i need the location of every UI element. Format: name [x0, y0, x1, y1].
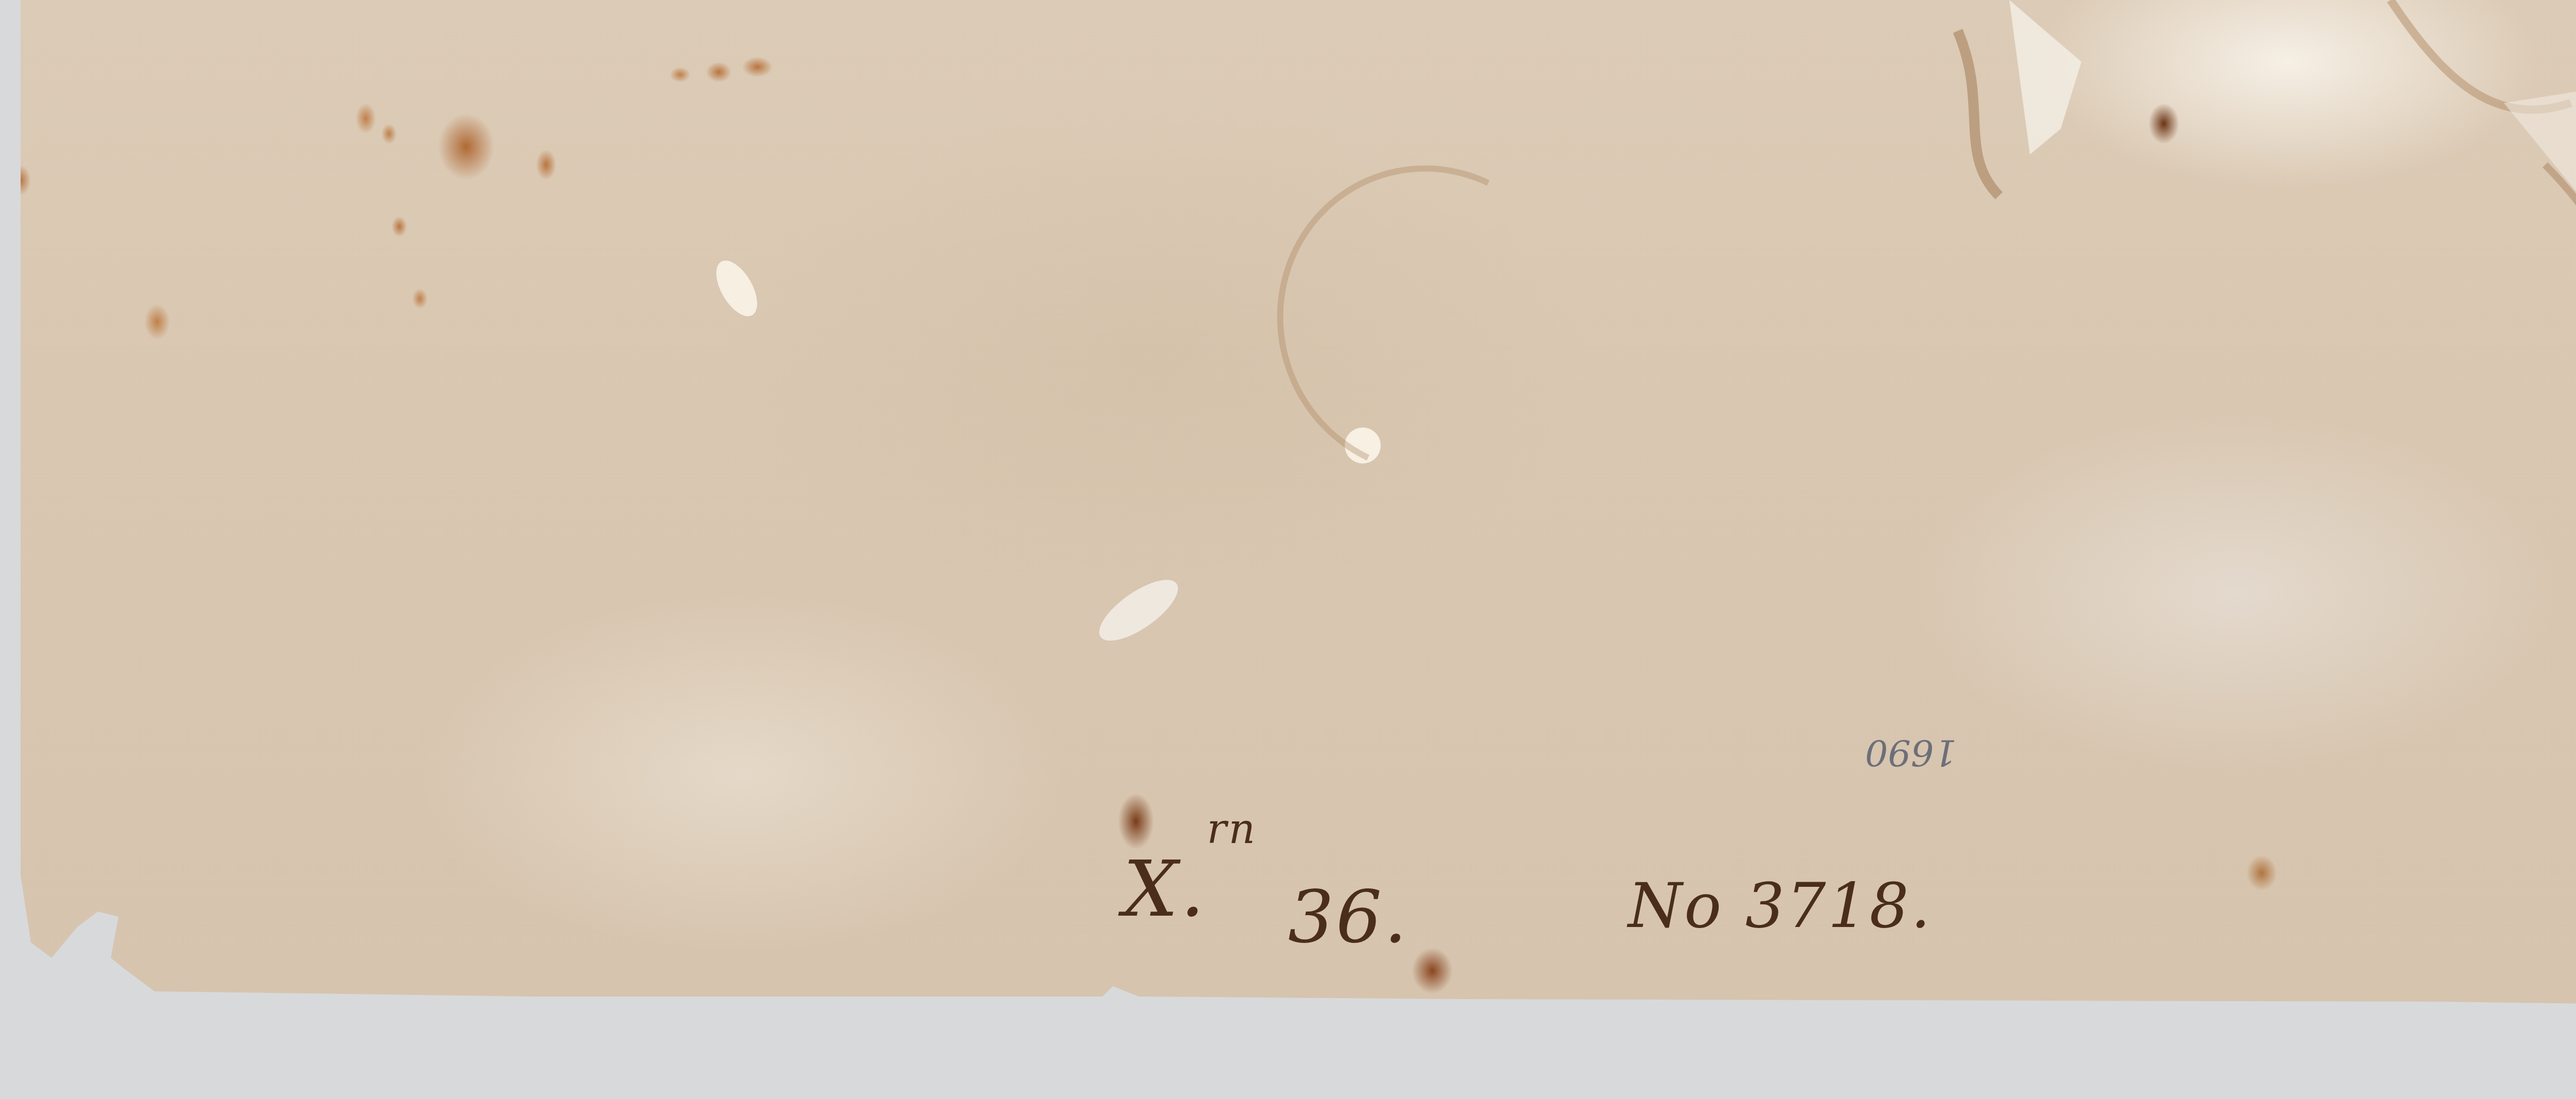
foxing-spot	[438, 113, 495, 180]
show-through-drawing	[1927, 0, 2576, 875]
light-patch	[708, 254, 766, 323]
ink-spot	[2246, 855, 2277, 891]
light-patch	[1090, 569, 1187, 652]
foxing-spot	[355, 103, 376, 134]
ink-spot	[1118, 793, 1154, 850]
ink-collection-mark: X.rn	[1123, 845, 1257, 934]
foxing-spot	[742, 57, 773, 77]
ink-number: 36.	[1288, 875, 1409, 959]
foxing-spot	[670, 67, 690, 82]
foxing-spot	[381, 124, 397, 144]
ink-inventory-number: No 3718.	[1628, 870, 1933, 942]
foxing-spot	[412, 288, 428, 309]
foxing-spot	[706, 62, 732, 82]
collection-mark-letter: X.	[1123, 845, 1207, 934]
pencil-number: 1690	[1865, 731, 1957, 774]
ink-spot	[1412, 948, 1453, 994]
foxing-spot	[392, 216, 407, 237]
foxing-spot	[536, 149, 556, 180]
foxing-spot	[144, 304, 170, 340]
tide-ring	[1233, 123, 1622, 518]
collection-mark-superscript: rn	[1207, 805, 1257, 853]
paper-sheet: X.rn 36. No 3718. 1690	[21, 0, 2576, 1007]
ink-spot	[2148, 103, 2179, 144]
